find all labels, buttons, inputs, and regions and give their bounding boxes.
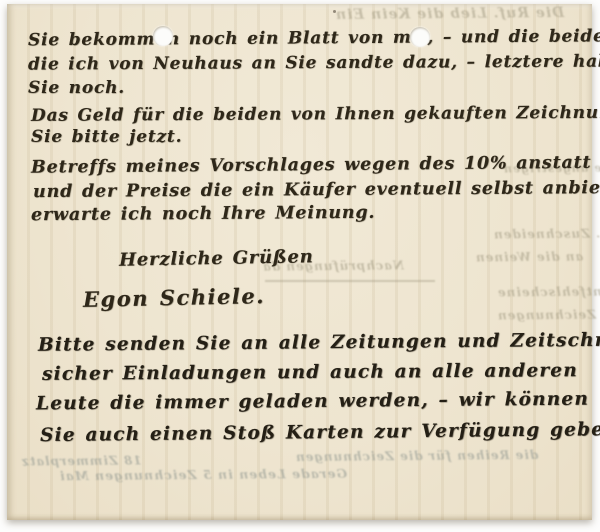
letter-line: Sie bekommen noch ein Blatt von mir, – u… [28,26,600,51]
punch-hole [410,27,430,47]
bleedthrough-rule [265,280,435,282]
punch-hole [153,26,173,46]
letter-line: die ich von Neuhaus an Sie sandte dazu, … [28,51,600,74]
closing-greeting: Herzliche Grüßen [119,246,314,270]
bleedthrough-line: Entfehlscheine [497,284,600,299]
postscript-line: sicher Einladungen und auch an alle ande… [42,360,578,385]
postscript-line: Bitte senden Sie an alle Zeitungen und Z… [38,329,600,355]
ink-speck [333,10,336,13]
bleedthrough-line: an die Weinen [475,250,583,265]
letter-line: Sie bitte jetzt. [31,127,182,147]
scanned-letter-page: Die Ruf. Lieb die Kein Ein die ungestrig… [0,0,600,532]
postscript-line: Sie auch einen Stoß Karten zur Verfügung… [40,419,600,446]
signature: Egon Schiele. [83,283,265,312]
bleedthrough-line: 4. Zuschneiden [493,226,600,241]
letter-line: Das Geld für die beiden von Ihnen gekauf… [31,102,600,126]
letter-line: und der Preise die ein Käufer eventuell … [33,178,600,202]
bleedthrough-line: die Reihen für die Zeichnungen [295,448,538,464]
bleedthrough-line: 4. Zeichnungen [497,307,600,322]
bleedthrough-line: Gerade Leben in 5 Zeichnungen Mai [59,466,347,484]
bleedthrough-line: Die Ruf. Lieb die Kein Ein [335,5,564,23]
letter-line: erwarte ich noch Ihre Meinung. [31,203,375,225]
postscript-line: Leute die immer geladen werden, – wir kö… [36,389,589,415]
bleedthrough-line: 18 Zimmerplatz [21,453,142,468]
letter-line: Sie noch. [28,78,125,98]
letter-paper: Die Ruf. Lieb die Kein Ein die ungestrig… [7,4,592,520]
